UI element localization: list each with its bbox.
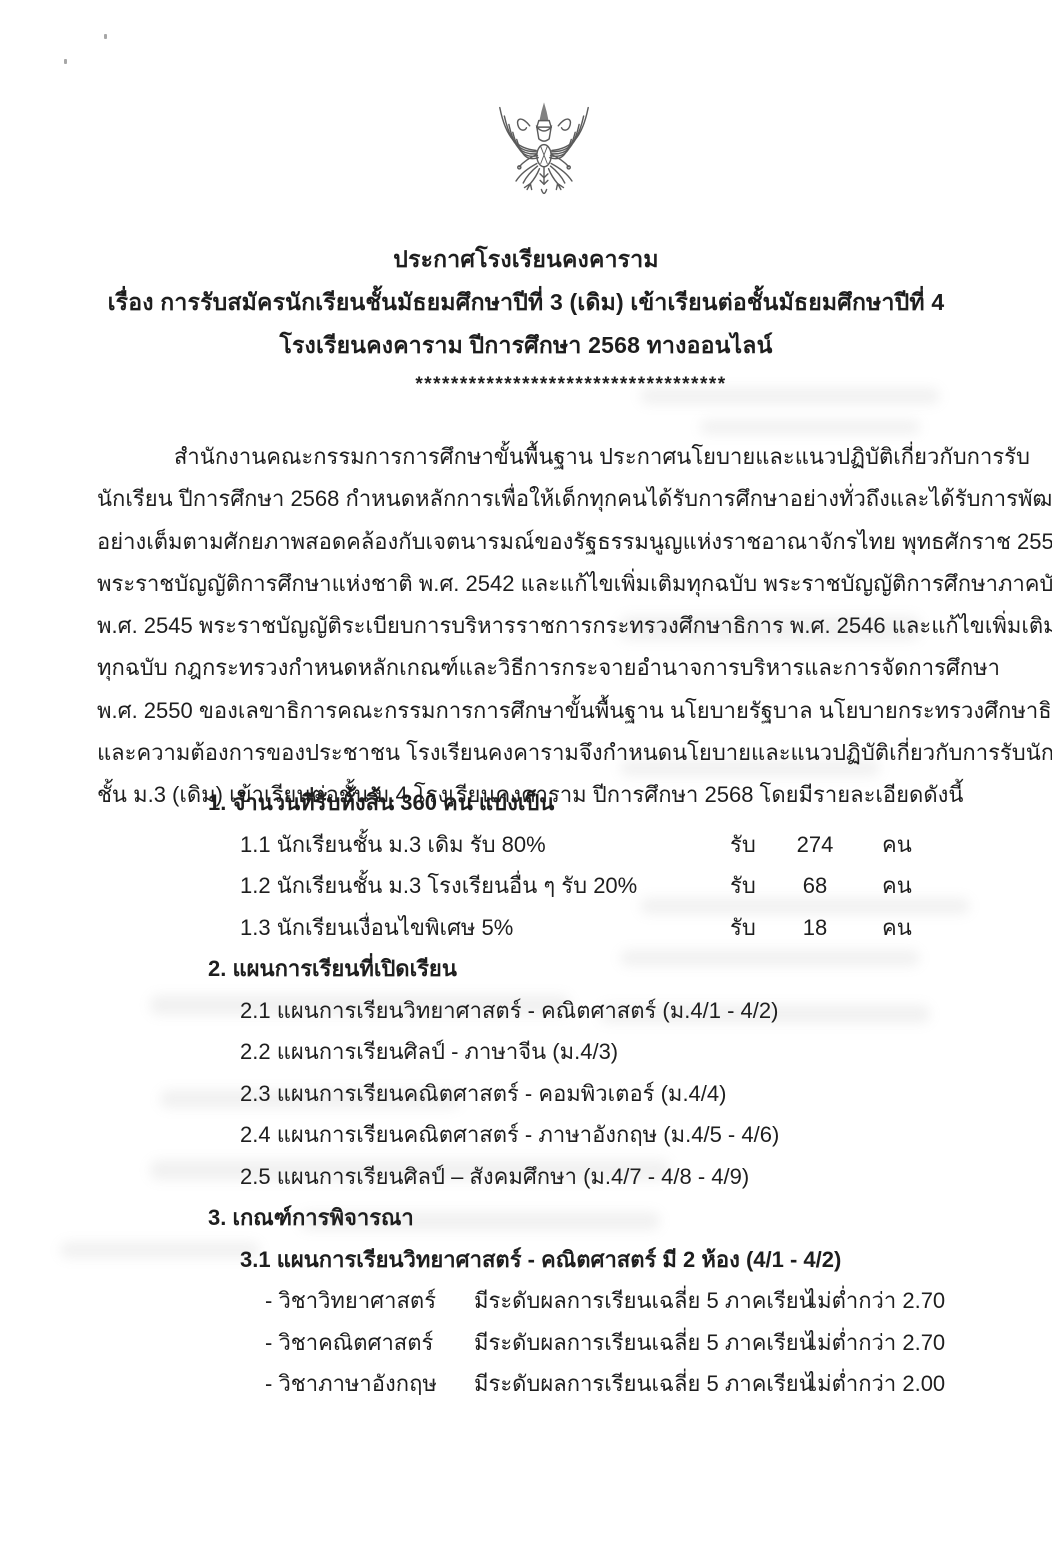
section3-subheading: 3.1 แผนการเรียนวิทยาศาสตร์ - คณิตศาสตร์ … bbox=[0, 1239, 1052, 1281]
garuda-emblem-icon bbox=[479, 82, 609, 232]
quota-row: 1.1 นักเรียนชั้น ม.3 เดิม รับ 80% รับ 27… bbox=[0, 824, 1052, 866]
program-row: 2.5 แผนการเรียนศิลป์ – สังคมศึกษา (ม.4/7… bbox=[0, 1156, 1052, 1198]
sections-list: 1. จำนวนที่รับทั้งสิ้น 360 คน แบ่งเป็น 1… bbox=[0, 782, 1052, 1405]
quota-row: 1.2 นักเรียนชั้น ม.3 โรงเรียนอื่น ๆ รับ … bbox=[0, 865, 1052, 907]
scan-speck bbox=[64, 59, 67, 64]
title-block: ประกาศโรงเรียนคงคาราม เรื่อง การรับสมัคร… bbox=[0, 238, 1052, 367]
criteria-threshold: ไม่ต่ำกว่า 2.00 bbox=[806, 1363, 945, 1405]
criteria-row: - วิชาคณิตศาสตร์ มีระดับผลการเรียนเฉลี่ย… bbox=[0, 1322, 1052, 1364]
section3-heading: 3. เกณฑ์การพิจารณา bbox=[0, 1197, 1052, 1239]
unit-label: คน bbox=[882, 824, 912, 866]
quota-label: 1.3 นักเรียนเงื่อนไขพิเศษ 5% bbox=[240, 915, 513, 940]
section2-heading: 2. แผนการเรียนที่เปิดเรียน bbox=[0, 948, 1052, 990]
paragraph-line: พ.ศ. 2550 ของเลขาธิการคณะกรรมการการศึกษา… bbox=[97, 690, 961, 732]
unit-label: คน bbox=[882, 907, 912, 949]
criteria-threshold: ไม่ต่ำกว่า 2.70 bbox=[806, 1280, 945, 1322]
quota-label: 1.2 นักเรียนชั้น ม.3 โรงเรียนอื่น ๆ รับ … bbox=[240, 873, 637, 898]
announcement-school-year: โรงเรียนคงคาราม ปีการศึกษา 2568 ทางออนไล… bbox=[0, 324, 1052, 367]
criteria-subject: - วิชาวิทยาศาสตร์ bbox=[265, 1288, 436, 1313]
program-row: 2.3 แผนการเรียนคณิตศาสตร์ - คอมพิวเตอร์ … bbox=[0, 1073, 1052, 1115]
criteria-row: - วิชาวิทยาศาสตร์ มีระดับผลการเรียนเฉลี่… bbox=[0, 1280, 1052, 1322]
criteria-condition: มีระดับผลการเรียนเฉลี่ย 5 ภาคเรียน bbox=[474, 1363, 814, 1405]
program-row: 2.4 แผนการเรียนคณิตศาสตร์ - ภาษาอังกฤษ (… bbox=[0, 1114, 1052, 1156]
announcement-subject: เรื่อง การรับสมัครนักเรียนชั้นมัธยมศึกษา… bbox=[0, 281, 1052, 324]
program-row: 2.1 แผนการเรียนวิทยาศาสตร์ - คณิตศาสตร์ … bbox=[0, 990, 1052, 1032]
accept-count: 68 bbox=[785, 865, 845, 907]
program-row: 2.2 แผนการเรียนศิลป์ - ภาษาจีน (ม.4/3) bbox=[0, 1031, 1052, 1073]
paragraph-line: อย่างเต็มตามศักยภาพสอดคล้องกับเจตนารมณ์ข… bbox=[97, 521, 961, 563]
criteria-condition: มีระดับผลการเรียนเฉลี่ย 5 ภาคเรียน bbox=[474, 1322, 814, 1364]
section1-heading: 1. จำนวนที่รับทั้งสิ้น 360 คน แบ่งเป็น bbox=[0, 782, 1052, 824]
accept-count: 18 bbox=[785, 907, 845, 949]
paragraph-line: และความต้องการของประชาชน โรงเรียนคงคาราม… bbox=[97, 732, 961, 774]
paragraph-line: พระราชบัญญัติการศึกษาแห่งชาติ พ.ศ. 2542 … bbox=[97, 563, 961, 605]
paragraph-line: พ.ศ. 2545 พระราชบัญญัติระเบียบการบริหารร… bbox=[97, 605, 961, 647]
show-through-artifact bbox=[700, 420, 920, 434]
criteria-subject: - วิชาคณิตศาสตร์ bbox=[265, 1330, 433, 1355]
document-page: ประกาศโรงเรียนคงคาราม เรื่อง การรับสมัคร… bbox=[0, 0, 1052, 1555]
quota-row: 1.3 นักเรียนเงื่อนไขพิเศษ 5% รับ 18 คน bbox=[0, 907, 1052, 949]
quota-label: 1.1 นักเรียนชั้น ม.3 เดิม รับ 80% bbox=[240, 832, 546, 857]
paragraph-line: สำนักงานคณะกรรมการการศึกษาขั้นพื้นฐาน ปร… bbox=[97, 436, 961, 478]
asterisk-separator: *********************************** bbox=[45, 372, 1052, 398]
accept-count: 274 bbox=[785, 824, 845, 866]
body-paragraph: สำนักงานคณะกรรมการการศึกษาขั้นพื้นฐาน ปร… bbox=[97, 436, 961, 817]
paragraph-line: ทุกฉบับ กฎกระทรวงกำหนดหลักเกณฑ์และวิธีกา… bbox=[97, 647, 961, 689]
accept-label: รับ bbox=[730, 865, 756, 907]
unit-label: คน bbox=[882, 865, 912, 907]
criteria-subject: - วิชาภาษาอังกฤษ bbox=[265, 1371, 437, 1396]
announcement-title: ประกาศโรงเรียนคงคาราม bbox=[0, 238, 1052, 281]
scan-speck bbox=[104, 34, 107, 39]
criteria-row: - วิชาภาษาอังกฤษ มีระดับผลการเรียนเฉลี่ย… bbox=[0, 1363, 1052, 1405]
accept-label: รับ bbox=[730, 907, 756, 949]
criteria-condition: มีระดับผลการเรียนเฉลี่ย 5 ภาคเรียน bbox=[474, 1280, 814, 1322]
accept-label: รับ bbox=[730, 824, 756, 866]
criteria-threshold: ไม่ต่ำกว่า 2.70 bbox=[806, 1322, 945, 1364]
paragraph-line: นักเรียน ปีการศึกษา 2568 กำหนดหลักการเพื… bbox=[97, 478, 961, 520]
